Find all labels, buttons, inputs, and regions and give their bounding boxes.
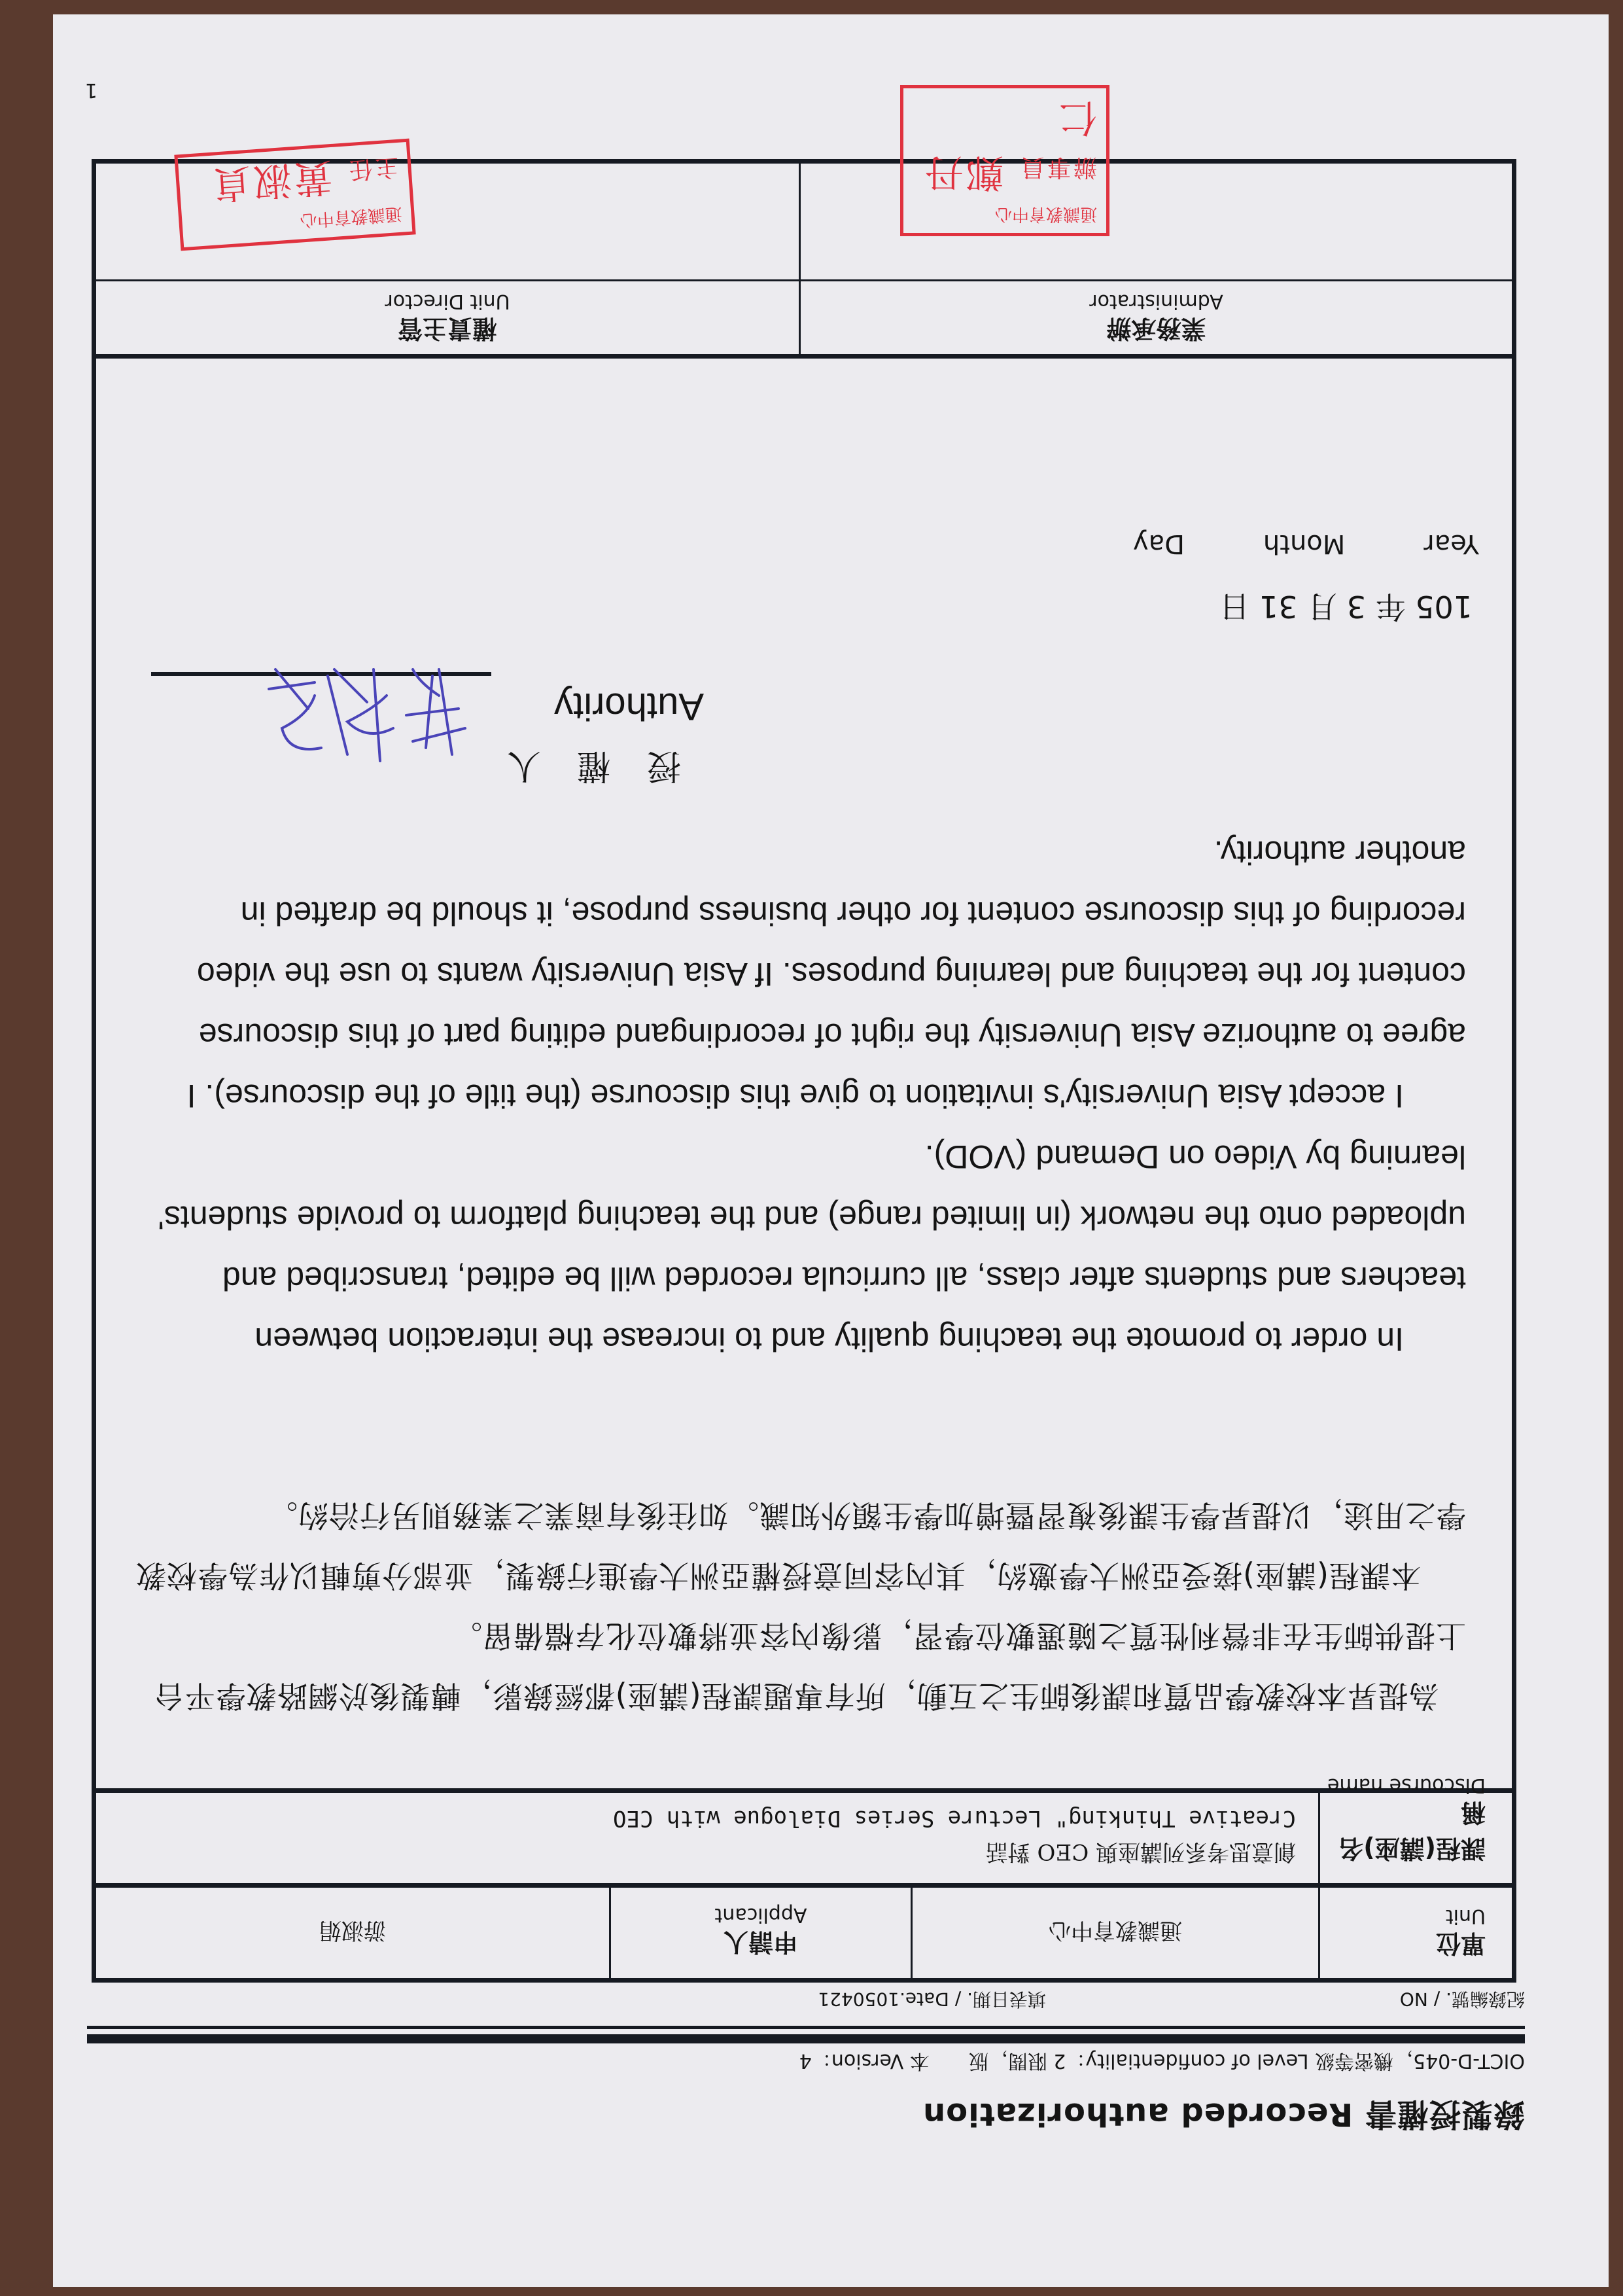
approvals-row: 業務承辦 Administrator 通識教育中心 辦事員 鄭丹仁 權責主管 U… xyxy=(96,164,1512,354)
form-code-line: OICT-D-045，機密等級 Level of confidentiality… xyxy=(799,2049,1525,2077)
authority-label-en: Authority xyxy=(554,684,704,728)
administrator-label-en: Administrator xyxy=(801,290,1512,313)
fill-date: 填表日期. / Date.1050421 xyxy=(818,1987,1046,2013)
rotated-scan: 錄製授權書 Recorded authorization OICT-D-045，… xyxy=(0,0,1623,2296)
unit-value-cell: 通識教育中心 xyxy=(911,1888,1318,1978)
administrator-stamp: 通識教育中心 辦事員 鄭丹仁 xyxy=(900,85,1109,236)
discourse-title-zh: 創意思考系列講座與 CEO 對話 xyxy=(96,1838,1296,1870)
authority-label-zh: 授權人 xyxy=(471,745,681,794)
statement-en: In order to promote the teaching quality… xyxy=(135,822,1466,1369)
record-number-label: 紀錄編號. / NO xyxy=(1400,1987,1525,2013)
applicant-label-zh: 申請人 xyxy=(724,1926,798,1962)
handwritten-signature xyxy=(262,663,478,768)
header-rule-thin xyxy=(87,2026,1525,2029)
discourse-value-cell: 創意思考系列講座與 CEO 對話 Creative Thinking" Lect… xyxy=(96,1793,1318,1883)
unit-applicant-row: 單位 Unit 通識教育中心 申請人 Applicant 游淑娟 xyxy=(96,1883,1512,1978)
unit-label-zh: 單位 xyxy=(1320,1928,1486,1964)
unit-value: 通識教育中心 xyxy=(1049,1917,1182,1949)
unit-director-label: 權責主管 Unit Director xyxy=(96,279,799,354)
statement-zh-paragraph-2: 本課程(講座)接受亞洲大學邀約，其內容同意授權亞洲大學進行錄製，並部分剪輯以作為… xyxy=(129,1485,1466,1606)
discourse-label-cell: 課程(講座)名稱 Discourse name xyxy=(1318,1793,1512,1883)
stamp-org: 通識教育中心 xyxy=(913,203,1097,228)
stamp-title: 辦事員 xyxy=(1019,154,1097,181)
discourse-row: 課程(講座)名稱 Discourse name 創意思考系列講座與 CEO 對話… xyxy=(96,1788,1512,1883)
header-rule-thick xyxy=(87,2034,1525,2043)
paper-page: 錄製授權書 Recorded authorization OICT-D-045，… xyxy=(53,14,1609,2287)
applicant-value-cell: 游淑娟 xyxy=(96,1888,609,1978)
statement-zh-paragraph-1: 為提昇本校教學品質和課後師生之互動，所有專題課程(講座)都經錄影，轉製後於網路教… xyxy=(129,1606,1466,1726)
unit-label-en: Unit xyxy=(1320,1905,1486,1928)
discourse-title-en: Creative Thinking" Lecture Series Dialog… xyxy=(96,1805,1296,1831)
statement-zh: 為提昇本校教學品質和課後師生之互動，所有專題課程(講座)都經錄影，轉製後於網路教… xyxy=(129,1485,1466,1726)
applicant-value: 游淑娟 xyxy=(319,1917,386,1949)
page-number: 1 xyxy=(85,79,97,101)
administrator-label: 業務承辦 Administrator xyxy=(801,279,1512,354)
applicant-label-cell: 申請人 Applicant xyxy=(609,1888,911,1978)
discourse-label-zh: 課程(講座)名稱 xyxy=(1320,1797,1486,1869)
stamp-name: 黃淑貞 xyxy=(209,154,334,207)
administrator-cell: 業務承辦 Administrator 通識教育中心 辦事員 鄭丹仁 xyxy=(799,164,1512,354)
authority-date: 105 年 3 月 31 日 xyxy=(1219,587,1473,630)
document-title: 錄製授權書 Recorded authorization xyxy=(922,2094,1525,2140)
statement-row: 為提昇本校教學品質和課後師生之互動，所有專題課程(講座)都經錄影，轉製後於網路教… xyxy=(96,354,1512,1788)
authorization-form-table: 單位 Unit 通識教育中心 申請人 Applicant 游淑娟 課程(講座)名… xyxy=(92,159,1516,1983)
unit-director-label-en: Unit Director xyxy=(96,290,799,313)
applicant-label-en: Applicant xyxy=(715,1903,807,1926)
statement-en-paragraph-2: I accept Asia University's invitation to… xyxy=(135,822,1466,1126)
unit-director-stamp: 通識教育中心 主任 黃淑貞 xyxy=(174,139,415,251)
unit-director-label-zh: 權責主管 xyxy=(96,313,799,349)
administrator-label-zh: 業務承辦 xyxy=(801,313,1512,349)
unit-label-cell: 單位 Unit xyxy=(1318,1888,1512,1978)
stamp-title: 主任 xyxy=(345,153,400,183)
authority-date-labels: Year Month Day xyxy=(1133,527,1479,565)
statement-en-paragraph-1: In order to promote the teaching quality… xyxy=(135,1126,1466,1369)
unit-director-cell: 權責主管 Unit Director 通識教育中心 主任 黃淑貞 xyxy=(96,164,799,354)
